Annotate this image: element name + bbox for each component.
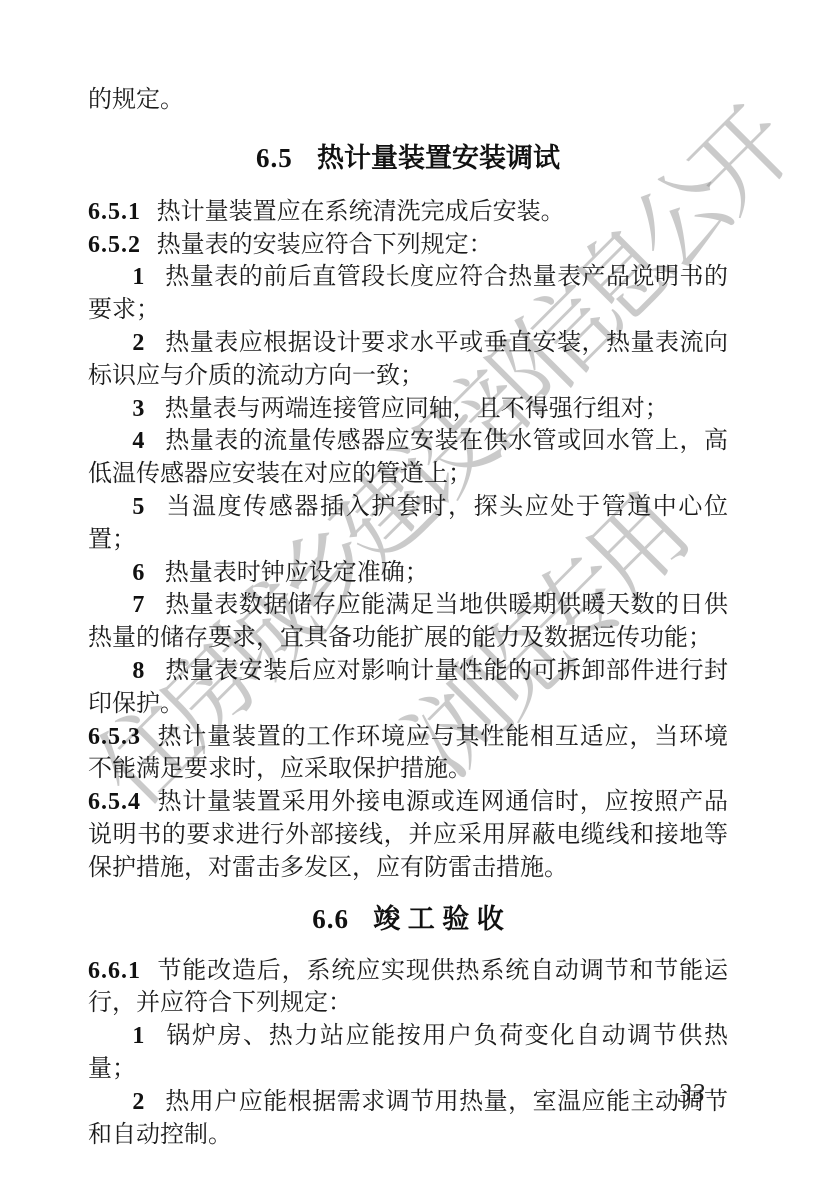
item-number: 5 [132, 494, 144, 520]
clause-number: 6.6.1 [88, 958, 141, 984]
clause-text: 节能改造后，系统应实现供热系统自动调节和节能运行，并应符合下列规定： [88, 958, 728, 1017]
item-number: 2 [132, 1089, 144, 1115]
item-text: 当温度传感器插入护套时，探头应处于管道中心位置； [88, 494, 728, 553]
item-text: 热量表的流量传感器应安装在供水管或回水管上，高低温传感器应安装在对应的管道上； [88, 428, 728, 487]
carryover-text: 的规定。 [88, 87, 184, 113]
clause-text: 热量表的安装应符合下列规定： [157, 232, 493, 258]
clause-6-5-4: 6.5.4热计量装置采用外接电源或连网通信时，应按照产品说明书的要求进行外部接线… [88, 786, 728, 884]
clause-number: 6.5.2 [88, 232, 141, 258]
clause-6-5-1: 6.5.1热计量装置应在系统清洗完成后安装。 [88, 196, 728, 229]
section-number: 6.6 [312, 904, 349, 934]
clause-number: 6.5.3 [88, 724, 141, 750]
item-number: 2 [132, 330, 144, 356]
item-number: 4 [132, 428, 144, 454]
item-6-5-2-8: 8热量表安装后应对影响计量性能的可拆卸部件进行封印保护。 [88, 655, 728, 721]
item-number: 8 [132, 658, 144, 684]
clause-6-6-1: 6.6.1节能改造后，系统应实现供热系统自动调节和节能运行，并应符合下列规定： [88, 955, 728, 1021]
item-6-5-2-4: 4热量表的流量传感器应安装在供水管或回水管上，高低温传感器应安装在对应的管道上； [88, 425, 728, 491]
clause-number: 6.5.1 [88, 199, 141, 225]
item-text: 热量表数据储存应能满足当地供暖期供暖天数的日供热量的储存要求，宜具备功能扩展的能… [88, 592, 728, 651]
clause-text: 热计量装置应在系统清洗完成后安装。 [157, 199, 565, 225]
carryover-paragraph: 的规定。 [88, 84, 728, 117]
item-6-5-2-1: 1热量表的前后直管段长度应符合热量表产品说明书的要求； [88, 261, 728, 327]
item-text: 热量表安装后应对影响计量性能的可拆卸部件进行封印保护。 [88, 658, 728, 717]
clause-number: 6.5.4 [88, 789, 141, 815]
item-text: 热量表的前后直管段长度应符合热量表产品说明书的要求； [88, 264, 728, 323]
item-6-5-2-7: 7热量表数据储存应能满足当地供暖期供暖天数的日供热量的储存要求，宜具备功能扩展的… [88, 589, 728, 655]
item-text: 热量表时钟应设定准确； [165, 560, 429, 586]
item-number: 3 [132, 396, 144, 422]
clause-text: 热计量装置采用外接电源或连网通信时，应按照产品说明书的要求进行外部接线，并应采用… [88, 789, 728, 881]
item-text: 热量表应根据设计要求水平或垂直安装，热量表流向标识应与介质的流动方向一致； [88, 330, 728, 389]
clause-6-5-3: 6.5.3热计量装置的工作环境应与其性能相互适应，当环境不能满足要求时，应采取保… [88, 721, 728, 787]
item-number: 1 [132, 1023, 144, 1049]
clause-6-5-2: 6.5.2热量表的安装应符合下列规定： [88, 229, 728, 262]
section-title: 热计量装置安装调试 [317, 143, 560, 173]
section-number: 6.5 [256, 143, 293, 173]
section-title: 竣 工 验 收 [373, 904, 504, 934]
item-6-5-2-5: 5当温度传感器插入护套时，探头应处于管道中心位置； [88, 491, 728, 557]
section-heading-6-5: 6.5热计量装置安装调试 [88, 142, 728, 174]
item-number: 7 [132, 592, 144, 618]
item-6-5-2-2: 2热量表应根据设计要求水平或垂直安装，热量表流向标识应与介质的流动方向一致； [88, 327, 728, 393]
item-6-6-1-2: 2热用户应能根据需求调节用热量，室温应能主动调节和自动控制。 [88, 1086, 728, 1152]
item-6-5-2-6: 6热量表时钟应设定准确； [88, 557, 728, 590]
item-text: 热用户应能根据需求调节用热量，室温应能主动调节和自动控制。 [88, 1089, 728, 1148]
item-6-5-2-3: 3热量表与两端连接管应同轴，且不得强行组对； [88, 393, 728, 426]
clause-text: 热计量装置的工作环境应与其性能相互适应，当环境不能满足要求时，应采取保护措施。 [88, 724, 728, 783]
document-page: 住房城乡建设部信息公开 浏览专用 的规定。 6.5热计量装置安装调试 6.5.1… [0, 0, 827, 1198]
item-text: 热量表与两端连接管应同轴，且不得强行组对； [165, 396, 669, 422]
item-number: 6 [132, 560, 144, 586]
item-6-6-1-1: 1锅炉房、热力站应能按用户负荷变化自动调节供热量； [88, 1020, 728, 1086]
page-number: 33 [678, 1078, 705, 1109]
item-text: 锅炉房、热力站应能按用户负荷变化自动调节供热量； [88, 1023, 728, 1082]
page-content: 的规定。 6.5热计量装置安装调试 6.5.1热计量装置应在系统清洗完成后安装。… [88, 84, 728, 1151]
item-number: 1 [132, 264, 144, 290]
section-heading-6-6: 6.6竣 工 验 收 [88, 903, 728, 935]
